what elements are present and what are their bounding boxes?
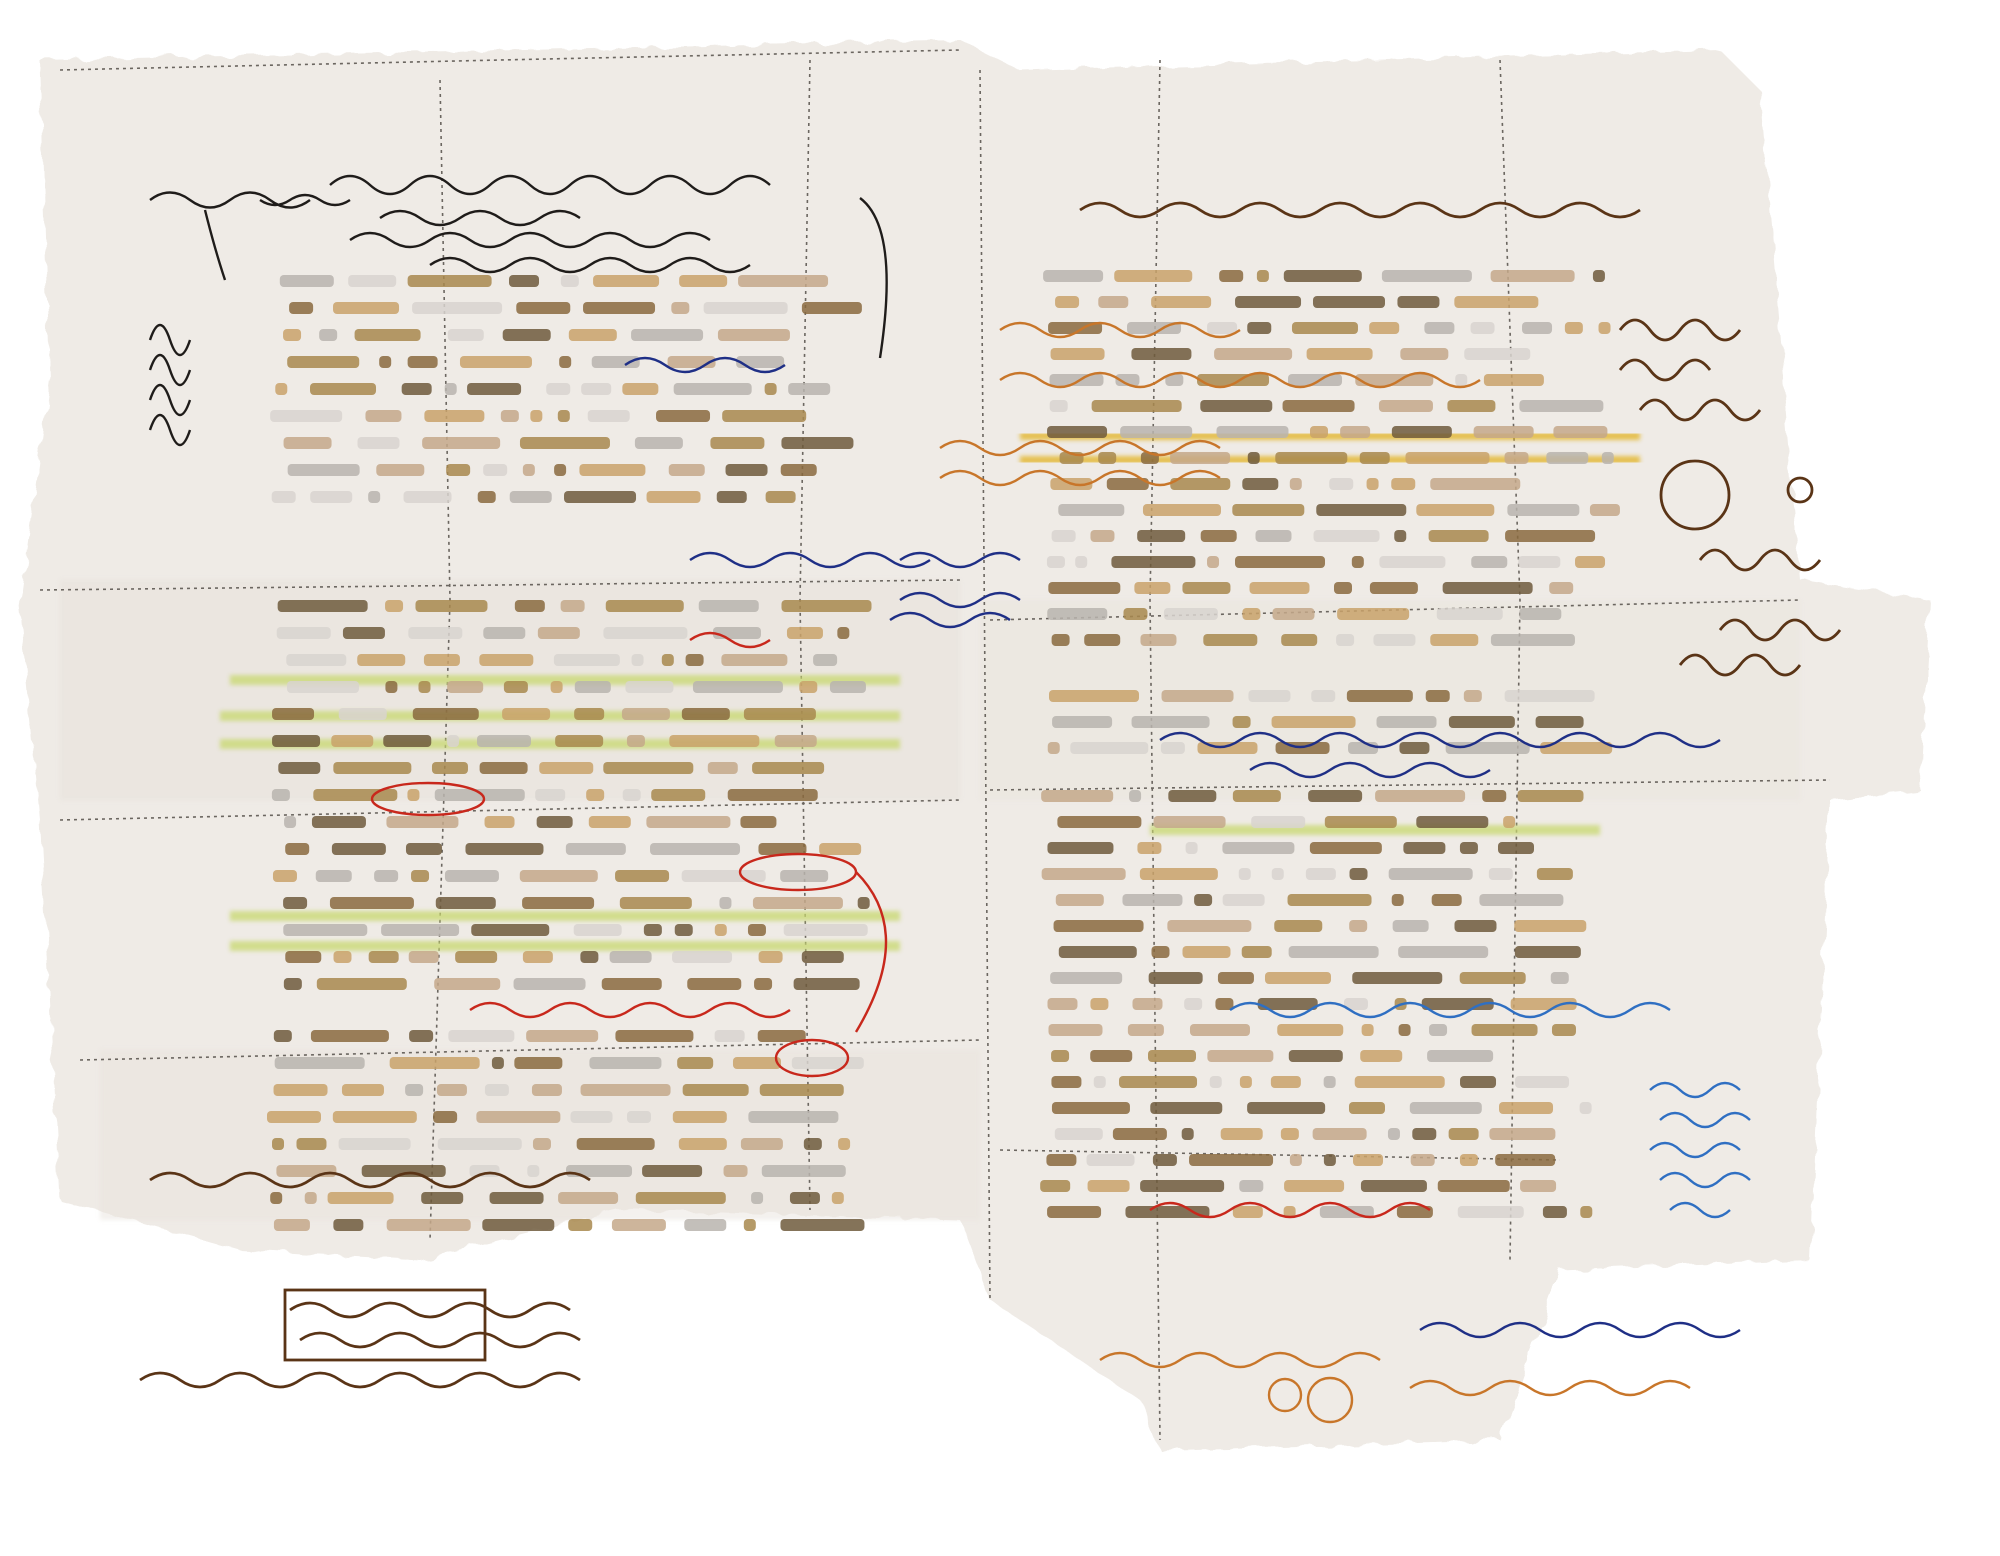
bead-word — [1367, 478, 1379, 490]
bead-word — [1123, 608, 1147, 620]
bead-word — [615, 1030, 693, 1042]
bead-word — [523, 951, 553, 963]
bead-word — [1140, 868, 1218, 880]
bead-word — [408, 275, 492, 287]
bead-word — [1200, 400, 1272, 412]
bead-word — [358, 437, 400, 449]
bead-word — [1151, 296, 1211, 308]
bead-word — [1507, 504, 1579, 516]
bead-word — [445, 383, 457, 395]
bead-word — [1137, 842, 1161, 854]
bead-word — [283, 897, 307, 909]
bead-word — [357, 654, 405, 666]
bead-word — [283, 329, 301, 341]
bead-word — [832, 1192, 844, 1204]
bead-word — [1242, 478, 1278, 490]
bead-word — [1411, 1154, 1435, 1166]
bead-word — [1052, 1102, 1130, 1114]
bead-word — [1210, 1076, 1222, 1088]
bead-word — [383, 735, 431, 747]
bead-word — [622, 383, 658, 395]
bead-word — [1084, 634, 1120, 646]
bead-word — [682, 708, 730, 720]
bead-word — [1379, 556, 1445, 568]
bead-word — [662, 654, 674, 666]
bead-word — [1040, 1180, 1070, 1192]
bead-word — [804, 1138, 822, 1150]
bead-word — [1274, 920, 1322, 932]
bead-word — [490, 1192, 544, 1204]
bead-word — [539, 762, 593, 774]
bead-word — [1247, 1102, 1325, 1114]
bead-word — [610, 951, 652, 963]
bead-word — [532, 1084, 562, 1096]
bead-word — [571, 1111, 613, 1123]
bead-word — [1449, 716, 1515, 728]
bead-word — [1289, 946, 1379, 958]
bead-word — [413, 708, 479, 720]
bead-word — [710, 437, 764, 449]
bead-word — [408, 627, 462, 639]
bead-word — [515, 600, 545, 612]
bead-word — [504, 681, 528, 693]
bead-word — [1137, 530, 1185, 542]
bead-word — [273, 870, 297, 882]
bead-word — [837, 627, 849, 639]
bead-word — [1306, 868, 1336, 880]
bead-word — [736, 356, 784, 368]
bead-word — [1271, 1076, 1301, 1088]
bead-word — [1392, 894, 1404, 906]
bead-word — [606, 600, 684, 612]
bead-word — [1471, 322, 1495, 334]
bead-word — [1090, 1050, 1132, 1062]
bead-word — [316, 870, 352, 882]
bead-word — [1454, 296, 1538, 308]
bead-word — [781, 600, 871, 612]
bead-word — [278, 762, 320, 774]
bead-word — [780, 870, 828, 882]
bead-word — [1553, 426, 1607, 438]
bead-word — [1400, 348, 1448, 360]
bead-word — [558, 1192, 618, 1204]
bead-word — [759, 951, 783, 963]
bead-word — [651, 789, 705, 801]
bead-word — [1290, 478, 1302, 490]
bead-word — [1164, 608, 1218, 620]
bead-word — [1464, 690, 1482, 702]
bead-word — [446, 464, 470, 476]
bead-word — [1272, 608, 1314, 620]
bead-word — [1449, 1128, 1479, 1140]
bead-word — [1057, 816, 1141, 828]
bead-word — [627, 735, 645, 747]
bead-word — [1518, 790, 1584, 802]
bead-word — [1353, 1154, 1383, 1166]
bead-word — [509, 275, 539, 287]
bead-word — [1590, 504, 1620, 516]
bead-word — [1537, 868, 1573, 880]
bead-word — [741, 1138, 783, 1150]
bead-word — [623, 789, 641, 801]
bead-word — [1182, 582, 1230, 594]
bead-word — [501, 410, 519, 422]
bead-word — [1491, 270, 1575, 282]
bead-word — [632, 654, 644, 666]
bead-word — [1132, 716, 1210, 728]
bead-word — [1233, 716, 1251, 728]
bead-word — [272, 708, 314, 720]
bead-word — [554, 464, 566, 476]
bead-word — [1307, 348, 1373, 360]
bead-word — [1272, 716, 1356, 728]
bead-word — [287, 356, 359, 368]
bead-word — [424, 654, 460, 666]
bead-word — [1281, 634, 1317, 646]
bead-word — [510, 491, 552, 503]
bead-word — [1239, 1180, 1263, 1192]
bead-word — [374, 870, 398, 882]
bead-word — [1257, 270, 1269, 282]
bead-word — [478, 491, 496, 503]
bead-word — [554, 654, 620, 666]
bead-word — [708, 762, 738, 774]
bead-word — [330, 897, 414, 909]
bead-word — [402, 383, 432, 395]
bead-word — [1393, 920, 1429, 932]
bead-word — [1043, 270, 1103, 282]
bead-word — [1519, 400, 1603, 412]
bead-word — [405, 1084, 423, 1096]
bead-word — [564, 491, 636, 503]
bead-word — [1455, 374, 1467, 386]
bead-word — [406, 843, 442, 855]
bead-word — [1599, 322, 1611, 334]
bead-word — [1092, 400, 1182, 412]
bead-word — [333, 762, 411, 774]
bead-word — [1114, 270, 1192, 282]
bead-word — [1047, 842, 1113, 854]
bead-word — [551, 681, 563, 693]
bead-word — [1184, 998, 1202, 1010]
bead-word — [1361, 1180, 1427, 1192]
bead-word — [267, 1111, 321, 1123]
bead-word — [502, 708, 550, 720]
bead-word — [1049, 690, 1139, 702]
bead-word — [1047, 556, 1065, 568]
bead-word — [448, 329, 484, 341]
bead-word — [296, 1138, 326, 1150]
bead-word — [765, 383, 777, 395]
bead-word — [1055, 1128, 1103, 1140]
bead-word — [435, 789, 525, 801]
bead-word — [1154, 816, 1226, 828]
bead-word — [569, 329, 617, 341]
bead-word — [1186, 842, 1198, 854]
bead-word — [625, 681, 673, 693]
bead-word — [482, 1219, 554, 1231]
bead-word — [1143, 504, 1221, 516]
bead-word — [561, 275, 579, 287]
bead-word — [1090, 998, 1108, 1010]
bead-word — [1474, 426, 1534, 438]
bead-word — [1190, 1024, 1250, 1036]
bead-word — [1161, 742, 1185, 754]
bead-word — [1505, 530, 1595, 542]
bead-word — [1140, 1180, 1224, 1192]
bead-word — [1111, 556, 1195, 568]
bead-word — [1316, 504, 1406, 516]
bead-word — [1222, 842, 1294, 854]
bead-word — [1464, 348, 1530, 360]
bead-word — [1355, 1076, 1445, 1088]
bead-word — [270, 1192, 282, 1204]
bead-word — [766, 491, 796, 503]
bead-word — [1412, 1128, 1436, 1140]
bead-word — [1482, 790, 1506, 802]
bead-word — [794, 978, 860, 990]
bead-word — [669, 464, 705, 476]
bead-word — [1050, 400, 1068, 412]
bead-word — [1054, 920, 1144, 932]
bead-word — [588, 410, 630, 422]
bead-word — [575, 681, 611, 693]
bead-word — [503, 329, 551, 341]
bead-word — [589, 1057, 661, 1069]
bead-word — [287, 681, 359, 693]
bead-word — [753, 897, 843, 909]
bead-word — [404, 491, 452, 503]
bead-word — [310, 491, 352, 503]
bead-word — [577, 1138, 655, 1150]
bead-word — [476, 1111, 560, 1123]
bead-word — [407, 789, 419, 801]
bead-word — [1458, 1206, 1524, 1218]
bead-word — [780, 1219, 864, 1231]
bead-word — [280, 275, 334, 287]
bead-word — [1098, 452, 1116, 464]
bead-word — [1375, 790, 1465, 802]
bead-word — [369, 951, 399, 963]
bead-word — [752, 762, 824, 774]
bead-word — [693, 681, 783, 693]
bead-word — [1051, 1076, 1081, 1088]
bead-word — [1472, 1024, 1538, 1036]
bead-word — [278, 600, 368, 612]
bead-word — [1052, 634, 1070, 646]
bead-word — [1349, 1102, 1385, 1114]
bead-word — [1042, 868, 1126, 880]
bead-word — [467, 383, 521, 395]
bead-word — [699, 600, 759, 612]
bead-word — [471, 924, 549, 936]
bead-word — [586, 789, 604, 801]
bead-word — [1277, 1024, 1343, 1036]
bead-word — [1170, 452, 1230, 464]
bead-word — [546, 383, 570, 395]
bead-word — [1311, 690, 1335, 702]
bead-word — [276, 1165, 336, 1177]
bead-word — [650, 843, 740, 855]
bead-word — [376, 464, 424, 476]
bead-word — [522, 897, 594, 909]
bead-word — [642, 1165, 702, 1177]
bead-word — [526, 1030, 598, 1042]
bead-word — [288, 464, 360, 476]
bead-word — [1281, 1128, 1299, 1140]
bead-word — [1216, 426, 1288, 438]
bead-word — [1250, 582, 1310, 594]
bead-word — [636, 1192, 726, 1204]
bead-word — [1399, 1024, 1411, 1036]
bead-word — [1055, 296, 1079, 308]
bead-word — [438, 1138, 522, 1150]
bead-word — [1098, 296, 1128, 308]
bead-word — [1399, 742, 1429, 754]
bead-word — [460, 356, 532, 368]
bead-word — [523, 464, 535, 476]
bead-word — [1041, 790, 1113, 802]
bead-word — [568, 1219, 592, 1231]
bead-word — [744, 1219, 756, 1231]
bead-word — [1460, 972, 1526, 984]
bead-word — [1455, 920, 1497, 932]
bead-word — [434, 978, 500, 990]
bead-word — [348, 275, 396, 287]
bead-word — [1491, 634, 1575, 646]
bead-word — [1602, 452, 1614, 464]
bead-word — [722, 410, 806, 422]
bead-word — [283, 924, 367, 936]
bead-word — [561, 600, 585, 612]
bead-word — [362, 1165, 446, 1177]
bead-word — [1119, 1076, 1197, 1088]
bead-word — [455, 951, 497, 963]
bead-word — [385, 600, 403, 612]
bead-word — [1094, 1076, 1106, 1088]
bead-word — [1047, 426, 1107, 438]
bead-word — [1132, 998, 1162, 1010]
bead-word — [1392, 426, 1452, 438]
bead-word — [574, 924, 622, 936]
bead-word — [436, 897, 496, 909]
bead-word — [721, 654, 787, 666]
bead-word — [483, 464, 507, 476]
bead-word — [838, 1138, 850, 1150]
bead-word — [447, 735, 459, 747]
bead-word — [1379, 400, 1433, 412]
bead-word — [1120, 426, 1192, 438]
bead-word — [1514, 920, 1586, 932]
bead-word — [1430, 478, 1520, 490]
bead-word — [530, 410, 542, 422]
bead-word — [1429, 530, 1489, 542]
bead-word — [718, 329, 790, 341]
bead-word — [1308, 790, 1362, 802]
bead-word — [1292, 322, 1358, 334]
bead-word — [1324, 1154, 1336, 1166]
bead-word — [792, 1057, 864, 1069]
bead-word — [1313, 1128, 1367, 1140]
bead-word — [1370, 582, 1418, 594]
bead-word — [418, 681, 430, 693]
bead-word — [644, 924, 662, 936]
bead-word — [1149, 972, 1203, 984]
bead-word — [485, 1084, 509, 1096]
bead-word — [1265, 972, 1331, 984]
bead-word — [1275, 452, 1347, 464]
bead-word — [1051, 1050, 1069, 1062]
bead-word — [1593, 270, 1605, 282]
bead-word — [286, 654, 346, 666]
bead-word — [1520, 1180, 1556, 1192]
bead-word — [381, 924, 459, 936]
bead-word — [1239, 868, 1251, 880]
bead-word — [1552, 1024, 1576, 1036]
bead-word — [1350, 868, 1368, 880]
bead-word — [677, 1057, 713, 1069]
bead-word — [589, 816, 631, 828]
bead-word — [719, 897, 731, 909]
bead-word — [1580, 1206, 1592, 1218]
bead-word — [566, 1165, 632, 1177]
bead-word — [305, 1192, 317, 1204]
bead-word — [1233, 1206, 1263, 1218]
bead-word — [477, 735, 531, 747]
bead-word — [726, 464, 768, 476]
bead-word — [1437, 608, 1503, 620]
bead-word — [760, 1084, 844, 1096]
bead-word — [368, 491, 380, 503]
bead-word — [1565, 322, 1583, 334]
bead-word — [1051, 348, 1105, 360]
bead-word — [284, 437, 332, 449]
bead-word — [1201, 530, 1237, 542]
bead-word — [365, 410, 401, 422]
bead-word — [675, 924, 693, 936]
bead-word — [1075, 556, 1087, 568]
bead-word — [1352, 972, 1442, 984]
bead-word — [1125, 1206, 1209, 1218]
bead-word — [1088, 1180, 1130, 1192]
bead-word — [1134, 582, 1170, 594]
bead-word — [1536, 716, 1584, 728]
bead-word — [421, 1192, 463, 1204]
bead-word — [1131, 348, 1191, 360]
bead-word — [1050, 972, 1122, 984]
bead-word — [646, 816, 730, 828]
bead-word — [751, 1192, 763, 1204]
bead-word — [704, 302, 788, 314]
bead-word — [537, 816, 573, 828]
bead-word — [1489, 868, 1513, 880]
bead-word — [684, 1219, 726, 1231]
bead-word — [669, 735, 759, 747]
bead-word — [1148, 1050, 1196, 1062]
bead-word — [1410, 1102, 1482, 1114]
bead-word — [1310, 426, 1328, 438]
bead-word — [1382, 270, 1472, 282]
bead-word — [274, 1030, 292, 1042]
bead-word — [1221, 1128, 1263, 1140]
bead-word — [339, 708, 387, 720]
bead-word — [1397, 296, 1439, 308]
bead-word — [647, 491, 701, 503]
bead-word — [788, 383, 830, 395]
bead-word — [717, 491, 747, 503]
bead-word — [1218, 972, 1254, 984]
bead-word — [485, 816, 515, 828]
